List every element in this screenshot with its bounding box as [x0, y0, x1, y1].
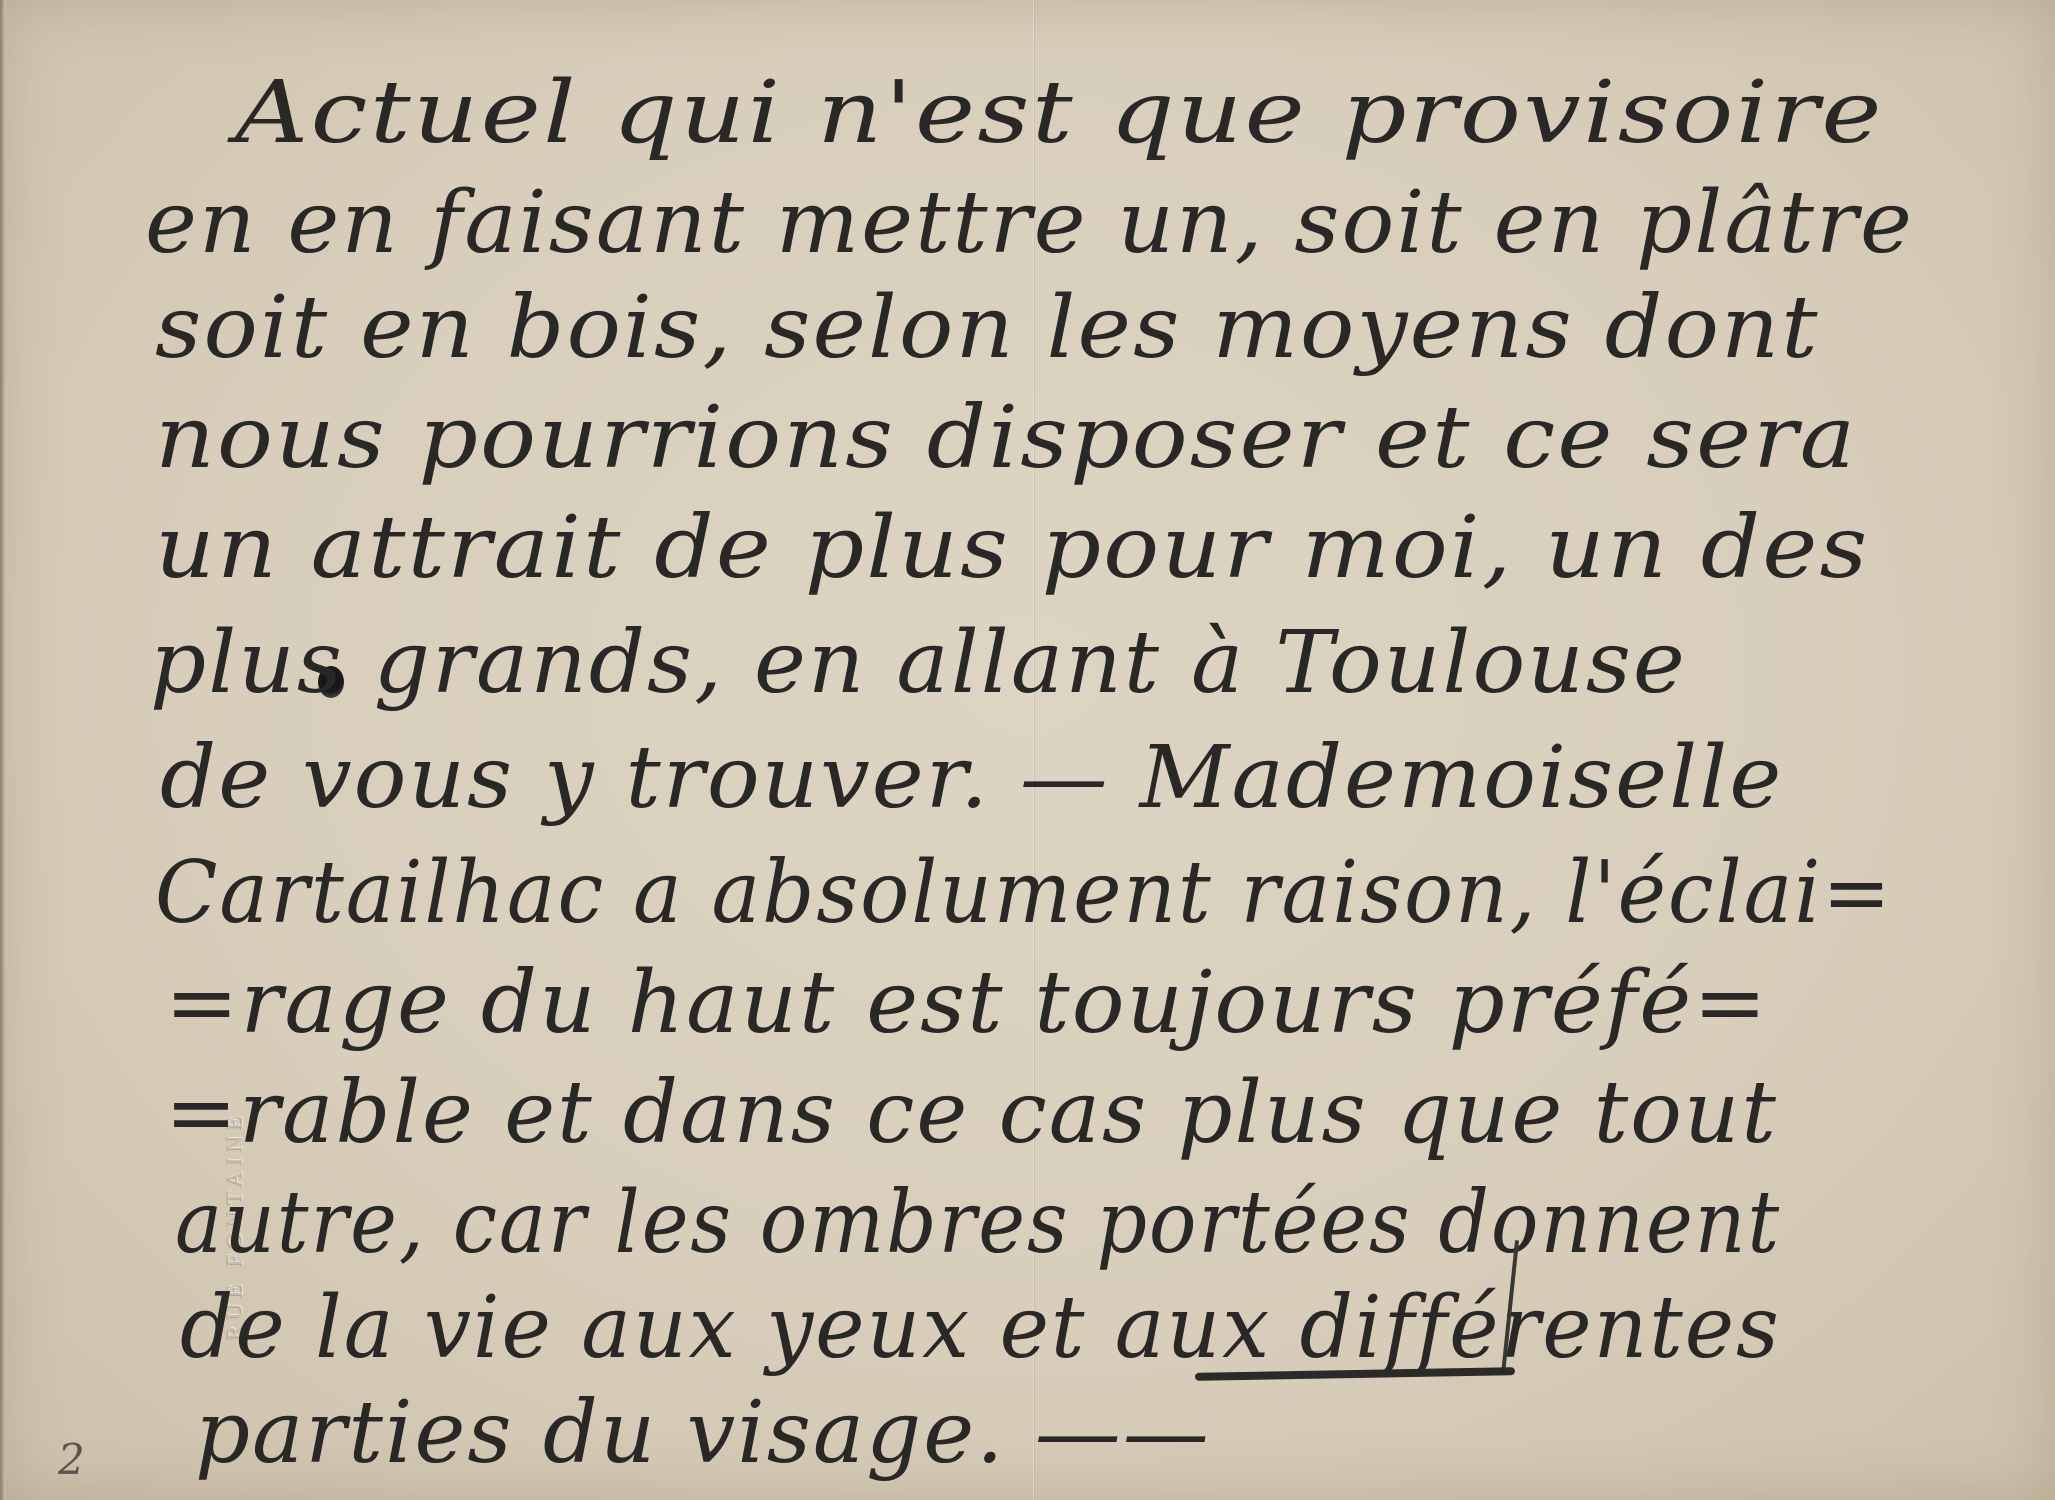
letter-line-3: soit en bois, selon les moyens dont [155, 285, 1820, 371]
letter-line-4: nous pourrions disposer et ce sera [155, 395, 1857, 481]
letter-line-8: Cartailhac a absolument raison, l'éclai= [155, 850, 1893, 936]
letter-line-7: de vous y trouver. — Mademoiselle [160, 735, 1783, 821]
letter-line-1: Actuel qui n'est que provisoire [235, 70, 1884, 156]
letter-page: RUE FONTAINE Actuel qui n'est que provis… [0, 0, 2055, 1500]
letter-line-11: autre, car les ombres portées donnent [175, 1180, 1781, 1266]
letter-line-12: de la vie aux yeux et aux différentes [180, 1285, 1781, 1371]
paper-edge [0, 0, 6, 1500]
letter-line-2: en en faisant mettre un, soit en plâtre [145, 180, 1914, 266]
letter-line-13: parties du visage. —— [195, 1390, 1211, 1476]
letter-line-10: =rable et dans ce cas plus que tout [165, 1070, 1778, 1156]
letter-line-9: =rage du haut est toujours préfé= [165, 960, 1769, 1046]
letter-line-6: plus grands, en allant à Toulouse [150, 620, 1687, 706]
page-number-mark: 2 [58, 1435, 85, 1484]
letter-line-5: un attrait de plus pour moi, un des [155, 505, 1869, 591]
